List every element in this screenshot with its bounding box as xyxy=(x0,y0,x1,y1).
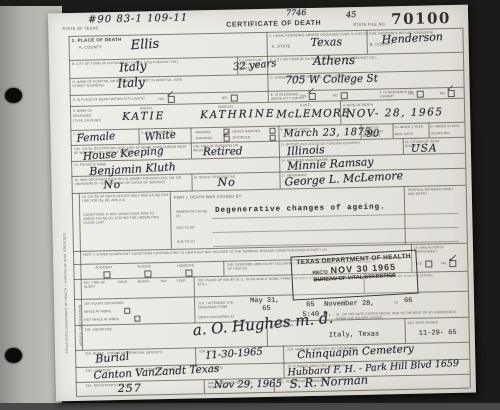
homicide-checkbox xyxy=(185,269,192,276)
never-married-checkbox xyxy=(269,128,275,134)
race-value: White xyxy=(144,129,176,144)
file-no-label: STATE FILE NO. xyxy=(353,21,386,27)
registrar-signature-value: S. R. Norman xyxy=(289,372,368,390)
not-at-work-checkbox xyxy=(134,316,140,322)
scanner-bed-edge xyxy=(0,403,500,410)
ssn-value: No xyxy=(217,176,236,189)
yes-label: YES xyxy=(158,97,165,101)
county-label: a. COUNTY xyxy=(79,44,103,50)
punch-hole-top xyxy=(5,88,22,103)
middle-name-value: KATHRINE xyxy=(200,108,276,122)
age-under24h-sub: HOURS MIN. xyxy=(431,131,463,136)
name-label-1: 3. NAME OF xyxy=(73,109,92,113)
attended-to-year: 65 xyxy=(306,301,315,309)
place-county-value: Ellis xyxy=(130,37,159,54)
grid-line xyxy=(223,261,224,276)
grid-line xyxy=(283,363,284,378)
date-of-death-value: NOV- 28, 1965 xyxy=(346,106,444,120)
place-city-limits-label: e. IS PLACE OF DEATH WITHIN CITY LIMITS? xyxy=(73,96,163,102)
place-limits-no-checkbox xyxy=(231,94,238,101)
signature-label: 21b. SIGNATURE xyxy=(85,327,112,332)
grid-line xyxy=(462,28,471,388)
birthplace-value: Illinois xyxy=(287,143,325,158)
farm-no-check: ✓ xyxy=(446,84,454,94)
last-name-value: McLEMORE xyxy=(276,107,350,121)
grid-line xyxy=(283,346,284,363)
date-of-death-label: 4. DATE OF DEATH xyxy=(343,103,373,108)
yes-label: YES xyxy=(408,92,415,96)
accident-label: ACCIDENT xyxy=(95,265,112,269)
armed-forces-value: No xyxy=(103,179,121,191)
time-of-injury-label: 20c. TIME OF INJURY xyxy=(84,280,114,289)
physician-signature: a. O. Hughes m. d. xyxy=(192,309,334,340)
due-to-b-label: DUE TO (b) xyxy=(176,225,194,229)
alive-19-label: 19 xyxy=(394,300,398,304)
place-of-death-section-label: 1. PLACE OF DEATH xyxy=(72,37,122,43)
stamp-recd: REC'D xyxy=(312,270,328,277)
place-limits-yes-check: ✓ xyxy=(166,90,174,100)
year-label: YEAR xyxy=(177,279,186,283)
grid-line xyxy=(194,276,196,322)
state-file-number: 70100 xyxy=(391,9,451,28)
cause-section-label: 18. CAUSE OF DEATH [Enter only one cause… xyxy=(82,193,172,203)
residence-state-label: a. STATE xyxy=(272,43,291,49)
handwritten-note-1: 7746 xyxy=(286,8,307,17)
attended-from-year: 65 xyxy=(262,305,271,313)
attended-to-date: November 28, xyxy=(324,300,375,309)
name-label-2: DECEASED xyxy=(73,114,91,118)
date-signed-value: 11-29- 65 xyxy=(419,329,457,338)
received-stamp: TEXAS DEPARTMENT OF HEALTH REC'DNOV 30 1… xyxy=(290,250,418,301)
business-value: Retired xyxy=(203,145,243,158)
suicide-label: SUICIDE xyxy=(137,264,151,268)
certificate-paper: STATE OF TEXAS #90 83-1 109-11 CERTIFICA… xyxy=(48,5,476,402)
interval-label: INTERVAL BETWEEN ONSET AND DEATH xyxy=(408,187,460,196)
marital-married-label: MARRIED xyxy=(195,130,210,134)
place-city-value: Italy xyxy=(119,59,147,75)
marital-widowed-label: WIDOWED xyxy=(196,136,213,140)
yes-label: YES xyxy=(300,94,307,98)
citizen-value: USA xyxy=(411,142,438,155)
autopsy-no-check: ✓ xyxy=(447,252,456,265)
age-under24h-label: IF UNDER 24 HRS. xyxy=(430,124,462,129)
part1-label: PART I. DEATH WAS CAUSED BY: xyxy=(174,193,243,200)
burial-value: Burial xyxy=(95,350,130,366)
dob-value: March 23, 1875 xyxy=(283,127,371,140)
not-at-work-label: NOT WHILE AT WORK xyxy=(84,317,119,322)
at-work-checkbox xyxy=(124,308,130,314)
injury-occurred-label: 20f. INJURY OCCURRED xyxy=(84,301,124,306)
state-label: STATE OF TEXAS xyxy=(62,25,98,31)
month-label: MONTH xyxy=(138,279,150,283)
grid-line xyxy=(404,318,406,343)
farm-yes-checkbox xyxy=(417,91,424,98)
armed-forces-label: 15. WAS DECEASED EVER IN U.S. ARMED FORC… xyxy=(74,176,186,186)
autopsy-yes-checkbox xyxy=(425,260,432,267)
grid-line xyxy=(72,185,466,194)
attended-label: 21a. I ATTENDED THE DECEASED FROM xyxy=(198,300,250,309)
hour-label: HOUR xyxy=(118,280,128,284)
autopsy-label: 19. WAS AUTOPSY PERFORMED? xyxy=(414,245,464,254)
accident-checkbox xyxy=(103,271,110,278)
marital-divorced-label: DIVORCED xyxy=(233,135,251,139)
handwritten-note-2: 45 xyxy=(346,10,356,19)
conditions-note: Conditions, if any, which gave rise to a… xyxy=(83,211,163,225)
punch-hole-bottom xyxy=(5,348,22,363)
last-name-label: (Last) xyxy=(300,103,311,107)
homicide-label: HOMICIDE xyxy=(177,263,194,267)
residence-limits-no-checkbox xyxy=(341,92,348,99)
residence-state-value: Texas xyxy=(311,35,343,49)
grid-line xyxy=(204,379,205,393)
certificate-title: CERTIFICATE OF DEATH xyxy=(226,20,321,29)
cause-line-b xyxy=(213,227,459,233)
physician-address: Italy, Texas xyxy=(329,331,380,340)
hospital-value: Italy xyxy=(117,75,145,91)
residence-limits-yes-check: ✓ xyxy=(307,87,315,97)
left-margin-text: TEXAS STATE DEPARTMENT OF HEALTH — BUREA… xyxy=(59,73,69,353)
immediate-cause-value: Degenerative changes of ageing. xyxy=(215,203,386,215)
last-alive-year: 66 xyxy=(404,297,413,305)
due-to-c-label: DUE TO (c) xyxy=(177,239,195,243)
grid-line xyxy=(190,127,191,142)
address-label: 21c. ADDRESS xyxy=(270,323,294,328)
street-value: 705 W College St xyxy=(285,73,378,87)
registrar-file-value: 257 xyxy=(118,382,142,395)
widowed-check: ✓ xyxy=(221,130,229,140)
scanned-death-certificate: STATE OF TEXAS #90 83-1 109-11 CERTIFICA… xyxy=(0,0,500,410)
no-label: NO xyxy=(222,96,227,100)
residence-county-value: Henderson xyxy=(381,30,443,46)
residence-city-value: Athens xyxy=(313,53,355,68)
sex-value: Female xyxy=(76,130,115,145)
first-name-value: KATIE xyxy=(122,110,165,123)
grid-line xyxy=(195,347,196,364)
divorced-checkbox xyxy=(270,135,276,141)
day-label: DAY xyxy=(161,279,168,283)
registrar-date-recd-value: Nov 29, 1965 xyxy=(214,379,282,391)
age-under1yr-sub: MOS. DAYS xyxy=(395,132,427,137)
suicide-checkbox xyxy=(144,270,151,277)
name-label-3: (Type or print) xyxy=(73,118,101,123)
immediate-cause-label: IMMEDIATE CAUSE (a) xyxy=(176,209,210,218)
no-label: NO xyxy=(441,261,446,265)
date-signed-label: 21d. DATE SIGNED xyxy=(408,320,439,325)
while-at-work-label: WHILE AT WORK xyxy=(84,309,111,314)
age-under1yr-label: IF UNDER 1 YEAR xyxy=(394,125,426,130)
grid-line xyxy=(138,129,139,144)
marital-never-label: NEVER MARRIED xyxy=(232,129,260,134)
death-statement-label: M., ON THE DATE STATED ABOVE; AND TO THE… xyxy=(336,310,464,321)
no-label: NO xyxy=(440,91,445,95)
age-value: 90 xyxy=(366,129,379,140)
no-label: NO xyxy=(333,93,338,97)
district-code-handwritten: #90 83-1 109-11 xyxy=(88,13,188,26)
